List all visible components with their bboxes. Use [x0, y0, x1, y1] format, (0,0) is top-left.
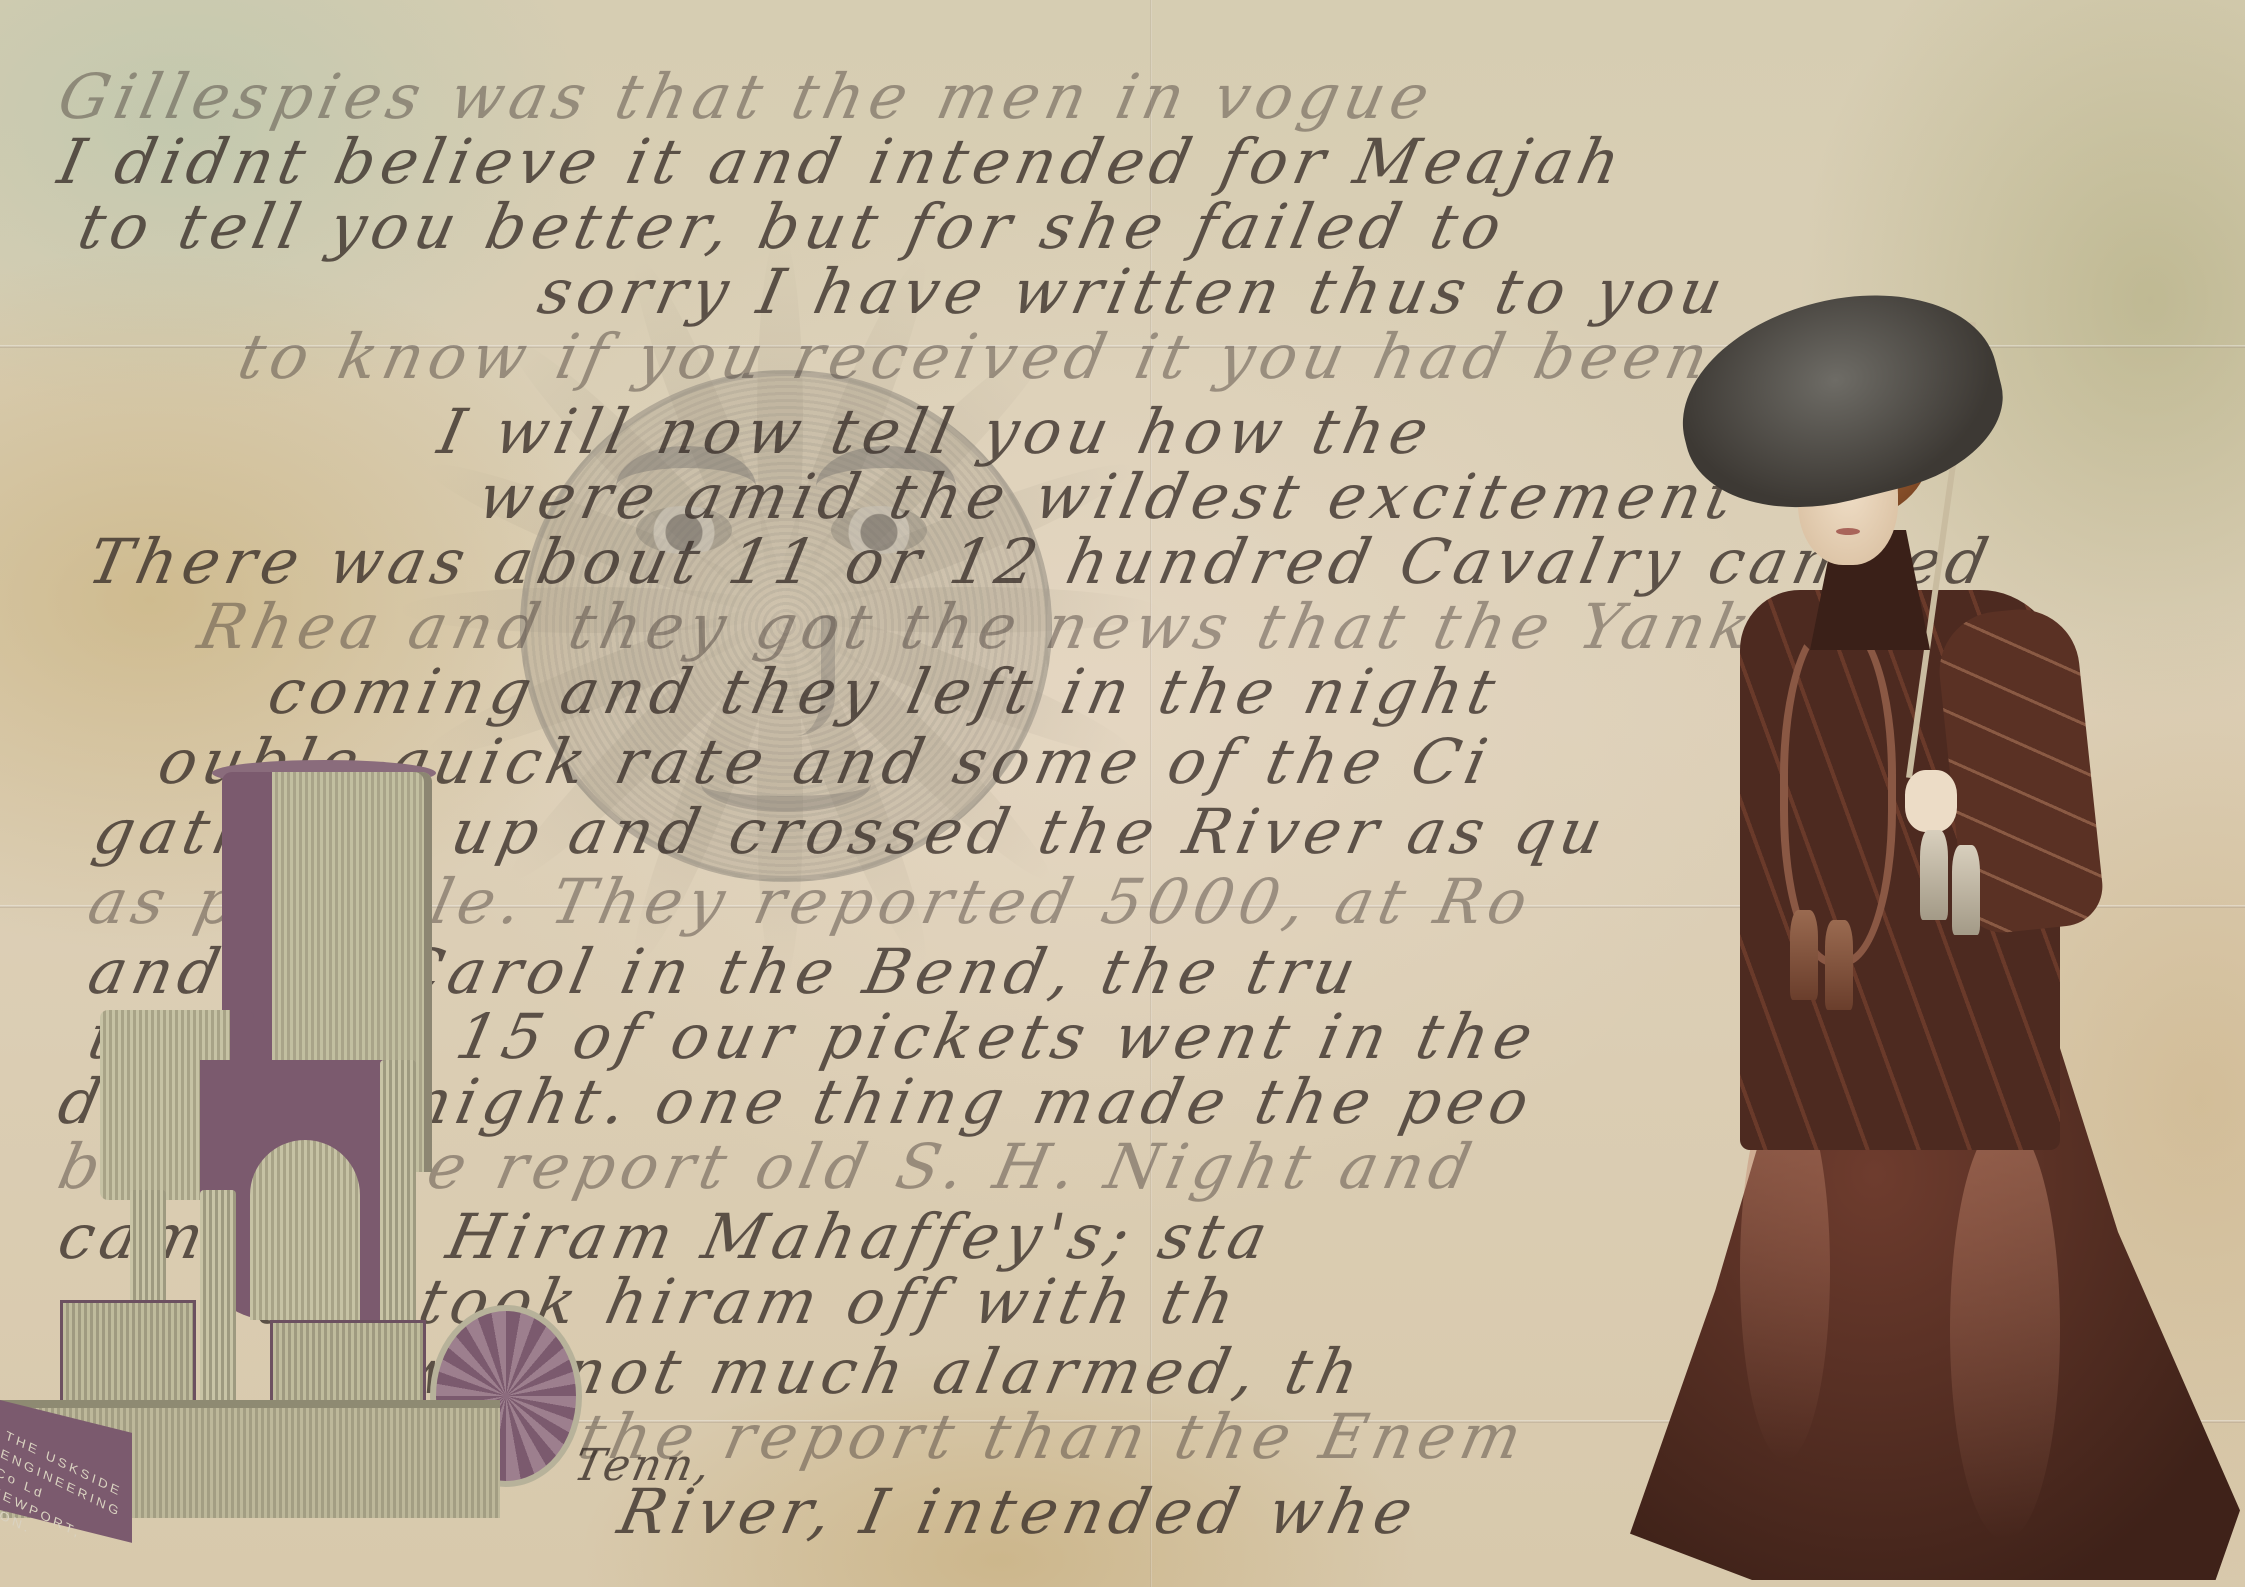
- maker-plate-text: THE USKSIDE ENGINEERING Co Ld NEWPORT, M…: [0, 1426, 128, 1577]
- sun-eye-right: [831, 506, 927, 554]
- umbrella-tassel: [1952, 845, 1980, 935]
- collage-canvas: Gillespies was that the men in vogueI di…: [0, 0, 2245, 1587]
- handwritten-line: River, I intended whe: [612, 1475, 1425, 1548]
- sun-eye-left: [636, 506, 732, 554]
- handwritten-line: the report than the Enem: [572, 1400, 1534, 1473]
- umbrella-tassel: [1920, 830, 1948, 920]
- skirt-highlight: [1950, 1120, 2060, 1540]
- woman-hand: [1905, 770, 1957, 832]
- cord-tassel: [1790, 910, 1818, 1000]
- edwardian-woman-illustration: [1620, 300, 2245, 1587]
- cord-tassel: [1825, 920, 1853, 1010]
- engine-column: [200, 1190, 236, 1420]
- engine-frame-opening: [250, 1140, 360, 1320]
- steam-engine-illustration: THE USKSIDE ENGINEERING Co Ld NEWPORT, M…: [0, 760, 580, 1520]
- sun-nose: [751, 616, 835, 736]
- woman-lips: [1836, 528, 1860, 535]
- handwritten-line: Gillespies was that the men in vogue: [52, 60, 1441, 133]
- engine-block: [60, 1300, 196, 1416]
- handwritten-line: Tenn,: [570, 1440, 718, 1491]
- feathered-hat: [1661, 264, 2020, 535]
- sun-mouth: [701, 756, 871, 812]
- sun-disc: [520, 370, 1052, 882]
- handwritten-line: I didnt believe it and intended for Meaj…: [52, 125, 1632, 198]
